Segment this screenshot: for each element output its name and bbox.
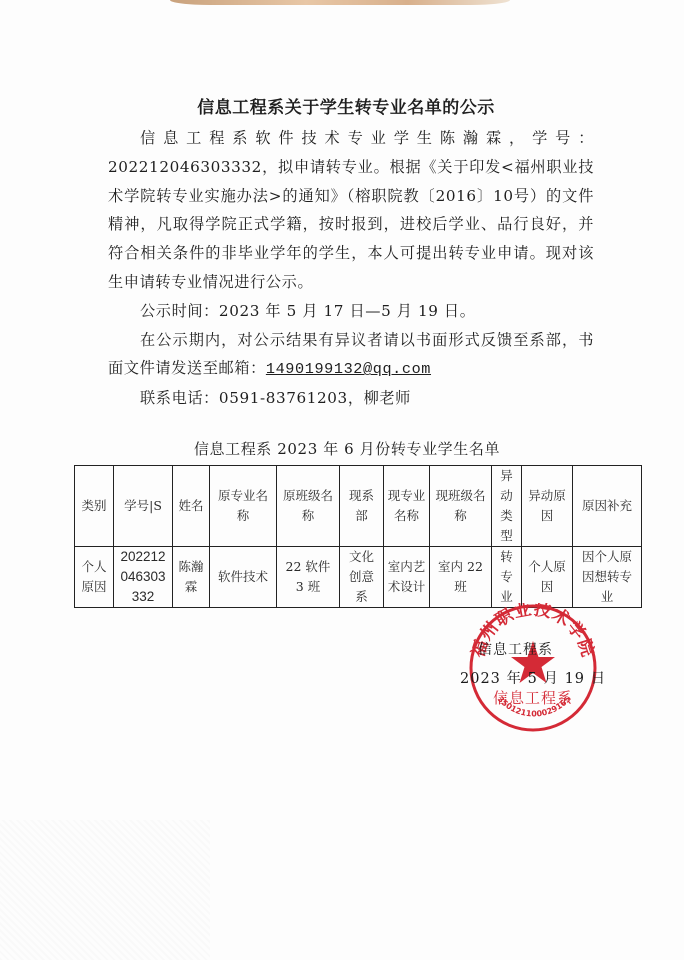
header-change-reason: 异动原因 <box>522 466 573 547</box>
cell-original-class: 22 软件 3 班 <box>277 547 340 608</box>
scan-noise <box>0 820 210 960</box>
cell-new-major: 室内艺术设计 <box>384 547 430 608</box>
cell-change-type: 转专业 <box>492 547 522 608</box>
transfer-student-table: 类别 学号|S 姓名 原专业名称 原班级名称 现系部 现专业名称 现班级名称 异… <box>74 465 642 608</box>
cell-new-class: 室内 22 班 <box>430 547 492 608</box>
cell-name: 陈瀚霖 <box>173 547 210 608</box>
intro-paragraph: 信息工程系软件技术专业学生陈瀚霖，学号：202212046303332，拟申请转… <box>108 124 594 297</box>
table-row: 个人原因 202212046303332 陈瀚霖 软件技术 22 软件 3 班 … <box>75 547 642 608</box>
cell-change-reason: 个人原因 <box>522 547 573 608</box>
student-id-text: 202212046303332 <box>117 547 169 607</box>
document-title: 信息工程系关于学生转专业名单的公示 <box>0 93 684 118</box>
cell-reason-note: 因个人原因想转专业 <box>573 547 642 608</box>
header-original-major: 原专业名称 <box>210 466 277 547</box>
header-change-type: 异动类型 <box>492 466 522 547</box>
header-new-major: 现专业名称 <box>384 466 430 547</box>
signature-department: 信息工程系 <box>478 639 553 659</box>
notice-period: 公示时间：2023 年 5 月 17 日—5 月 19 日。 <box>108 297 594 326</box>
paper-edge-strip <box>170 0 510 5</box>
header-category: 类别 <box>75 466 114 547</box>
header-name: 姓名 <box>173 466 210 547</box>
table-caption: 信息工程系 2023 年 6 月份转专业学生名单 <box>0 438 684 459</box>
cell-student-id: 202212046303332 <box>114 547 173 608</box>
header-student-id: 学号|S <box>114 466 173 547</box>
table-header-row: 类别 学号|S 姓名 原专业名称 原班级名称 现系部 现专业名称 现班级名称 异… <box>75 466 642 547</box>
cell-category: 个人原因 <box>75 547 114 608</box>
header-new-department: 现系部 <box>340 466 384 547</box>
cell-new-department: 文化创意系 <box>340 547 384 608</box>
header-reason-note: 原因补充 <box>573 466 642 547</box>
cell-original-major: 软件技术 <box>210 547 277 608</box>
document-body: 信息工程系软件技术专业学生陈瀚霖，学号：202212046303332，拟申请转… <box>108 124 594 413</box>
header-original-class: 原班级名称 <box>277 466 340 547</box>
email-link[interactable]: 1490199132@qq.com <box>266 360 431 378</box>
objection-paragraph: 在公示期内，对公示结果有异议者请以书面形式反馈至系部，书面文件请发送至邮箱：14… <box>108 326 594 385</box>
signature-date: 2023 年 5 月 19 日 <box>460 667 606 688</box>
contact-line: 联系电话：0591-83761203，柳老师 <box>108 384 594 413</box>
header-new-class: 现班级名称 <box>430 466 492 547</box>
